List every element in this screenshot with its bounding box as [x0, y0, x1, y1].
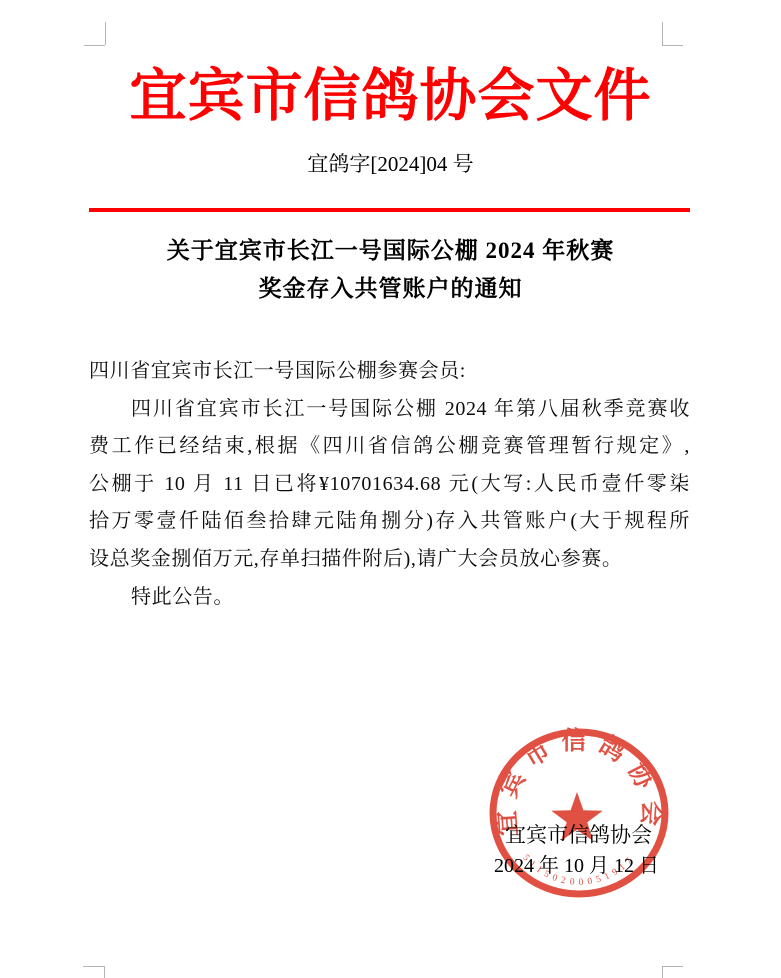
document-title-line2: 奖金存入共管账户的通知	[0, 270, 781, 308]
body-line-2: 费工作已经结束,根据《四川省信鸽公棚竞赛管理暂行规定》,	[89, 428, 690, 466]
signature-org: 宜宾市信鸽协会	[505, 821, 652, 849]
body-line-3: 公棚于 10 月 11 日已将¥10701634.68 元(大写:人民币壹仟零柒	[89, 466, 690, 504]
document-page: 宜宾市信鸽协会文件 宜鸽字[2024]04 号 关于宜宾市长江一号国际公棚 20…	[0, 0, 781, 978]
signature-date: 2024 年 10 月 12 日	[494, 852, 659, 880]
body-text-block: 四川省宜宾市长江一号国际公棚参赛会员: 四川省宜宾市长江一号国际公棚 2024 …	[89, 353, 690, 616]
letterhead-title: 宜宾市信鸽协会文件	[0, 62, 781, 130]
body-line-1: 四川省宜宾市长江一号国际公棚 2024 年第八届秋季竞赛收	[89, 391, 690, 429]
document-title-line1: 关于宜宾市长江一号国际公棚 2024 年秋赛	[0, 232, 781, 270]
closing-line: 特此公告。	[89, 579, 690, 617]
official-seal: 宜宾市信鸽协会 51150200051917	[469, 703, 689, 923]
body-line-4: 拾万零壹仟陆佰叁拾肆元陆角捌分)存入共管账户(大于规程所	[89, 503, 690, 541]
salutation-line: 四川省宜宾市长江一号国际公棚参赛会员:	[89, 353, 690, 391]
body-line-5: 设总奖金捌佰万元,存单扫描件附后),请广大会员放心参赛。	[89, 541, 690, 579]
document-number: 宜鸽字[2024]04 号	[0, 149, 781, 179]
red-divider-line	[89, 208, 690, 212]
